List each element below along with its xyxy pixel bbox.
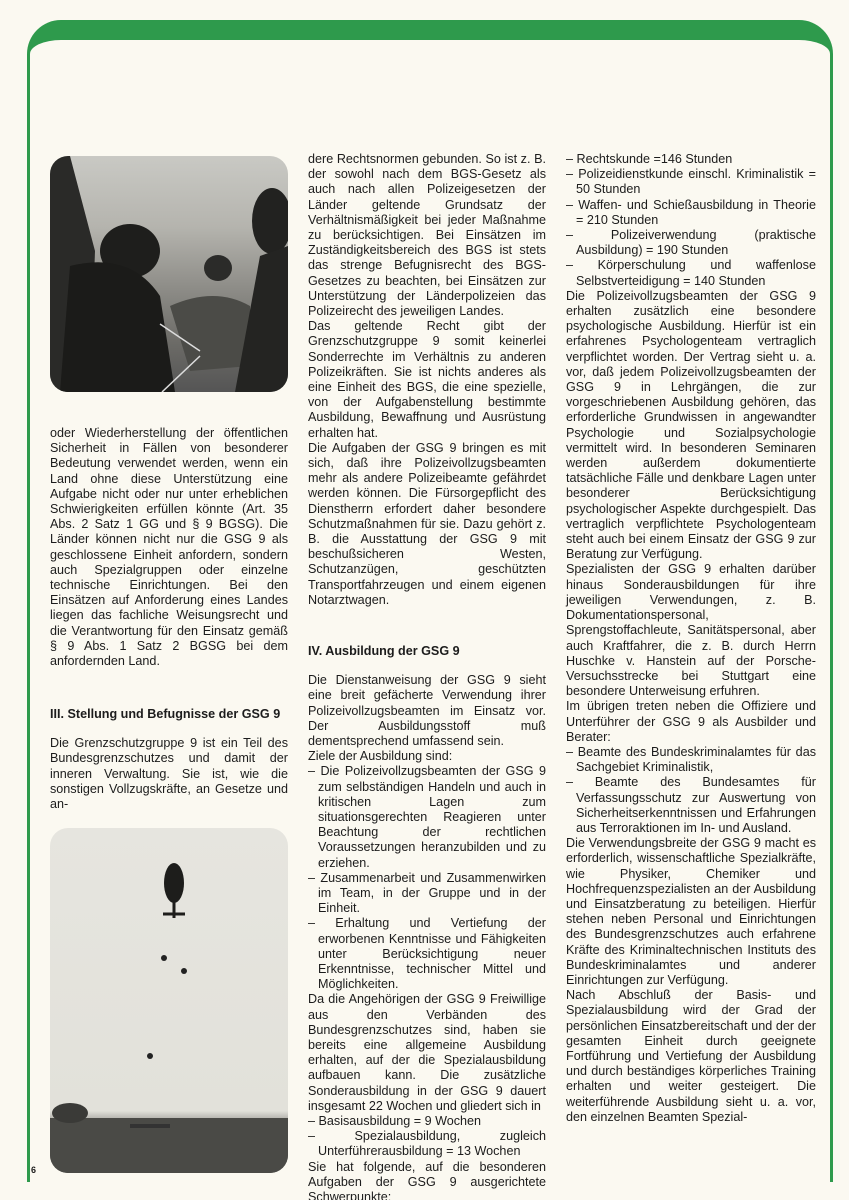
paragraph: Das geltende Recht gibt der Grenzschutzg…	[308, 319, 546, 441]
paragraph: dere Rechtsnormen gebunden. So ist z. B.…	[308, 152, 546, 319]
helicopter-crew-image	[50, 156, 288, 392]
photo-parachute-drop	[50, 828, 288, 1173]
list-item: – Polizeiverwendung (praktische Ausbildu…	[566, 228, 816, 258]
paragraph: Im übrigen treten neben die Offiziere un…	[566, 699, 816, 745]
photo-helicopter-door-crew	[50, 156, 288, 392]
list-item: – Beamte des Bundesamtes für Verfassungs…	[566, 775, 816, 836]
list-item: – Erhaltung und Vertiefung der erworbene…	[308, 916, 546, 992]
paragraph: Die Dienstanweisung der GSG 9 sieht eine…	[308, 673, 546, 749]
paragraph: Die Polizeivollzugsbeamten der GSG 9 erh…	[566, 289, 816, 563]
page-number: 6	[31, 1165, 36, 1175]
list-item: – Zusammenarbeit und Zusammenwirken im T…	[308, 871, 546, 917]
paragraph: Die Aufgaben der GSG 9 bringen es mit si…	[308, 441, 546, 608]
paragraph: Die Grenzschutzgruppe 9 ist ein Teil des…	[50, 736, 288, 812]
list-item: – Basisausbildung = 9 Wochen	[308, 1114, 546, 1129]
paragraph: Die Verwendungsbreite der GSG 9 macht es…	[566, 836, 816, 988]
column-1: oder Wiederherstellung der öffentlichen …	[50, 426, 288, 812]
list-item: – Waffen- und Schießausbildung in Theori…	[566, 198, 816, 228]
list-item: – Rechtskunde =146 Stunden	[566, 152, 816, 167]
paragraph: Spezialisten der GSG 9 erhalten darüber …	[566, 562, 816, 699]
paragraph: Da die Angehörigen der GSG 9 Freiwillige…	[308, 992, 546, 1114]
column-2: dere Rechtsnormen gebunden. So ist z. B.…	[308, 152, 546, 1200]
paragraph: Sie hat folgende, auf die besonderen Auf…	[308, 1160, 546, 1200]
list-item: – Körperschulung und waffenlose Selbstve…	[566, 258, 816, 288]
paragraph: oder Wiederherstellung der öffentlichen …	[50, 426, 288, 669]
column-3: – Rechtskunde =146 Stunden – Polizeidien…	[566, 152, 816, 1125]
list-item: – Polizeidienstkunde einschl. Kriminalis…	[566, 167, 816, 197]
list-item: – Spezialausbildung, zugleich Unterführe…	[308, 1129, 546, 1159]
list-item: – Die Polizeivollzugsbeamten der GSG 9 z…	[308, 764, 546, 870]
list-item: – Beamte des Bundeskriminalamtes für das…	[566, 745, 816, 775]
section-heading-iii: III. Stellung und Befugnisse der GSG 9	[50, 707, 288, 722]
paragraph: Nach Abschluß der Basis- und Spezialausb…	[566, 988, 816, 1125]
parachute-drop-image	[50, 828, 288, 1173]
paragraph: Ziele der Ausbildung sind:	[308, 749, 546, 764]
section-heading-iv: IV. Ausbildung der GSG 9	[308, 644, 546, 659]
